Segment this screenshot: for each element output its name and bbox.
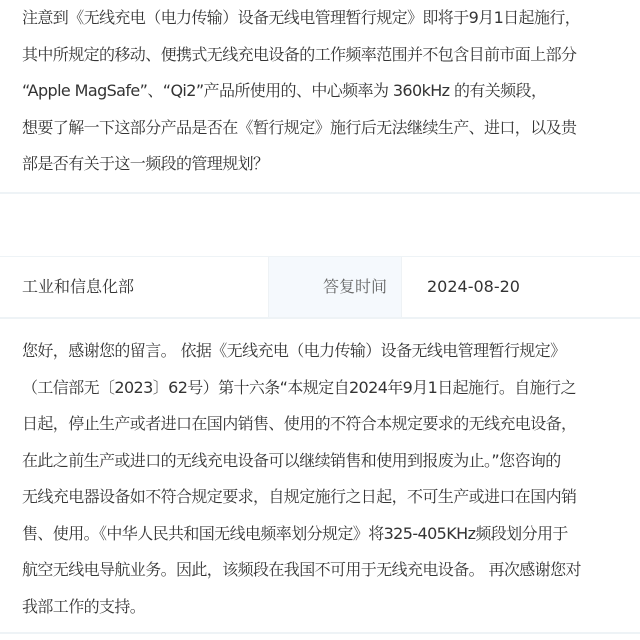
answer-line: 日起，停止生产或者进口在国内销售、使用的不符合本规定要求的无线充电设备， bbox=[22, 406, 632, 443]
divider bbox=[0, 317, 640, 319]
divider bbox=[0, 192, 640, 194]
reply-date-label: 答复时间 bbox=[268, 257, 402, 317]
answer-line: 我部工作的支持。 bbox=[22, 589, 632, 626]
answer-line: 航空无线电导航业务。因此，该频段在我国不可用于无线充电设备。 再次感谢您对 bbox=[22, 552, 632, 589]
answer-line: （工信部无〔2023〕62号）第十六条“本规定自2024年9月1日起施行。自施行… bbox=[22, 370, 632, 407]
answer-line: 在此之前生产或进口的无线充电设备可以继续销售和使用到报废为止。”您咨询的 bbox=[22, 443, 632, 480]
question-line: “Apple MagSafe”、“Qi2”产品所使用的、中心频率为 360kHz… bbox=[22, 73, 632, 110]
question-line: 其中所规定的移动、便携式无线充电设备的工作频率范围并不包含目前市面上部分 bbox=[22, 37, 632, 74]
question-text: 注意到《无线充电（电力传输）设备无线电管理暂行规定》即将于9月1日起施行， 其中… bbox=[22, 0, 632, 183]
reply-date-value: 2024-08-20 bbox=[427, 257, 520, 317]
reply-meta-row: 工业和信息化部 答复时间 2024-08-20 bbox=[0, 257, 640, 317]
question-line: 注意到《无线充电（电力传输）设备无线电管理暂行规定》即将于9月1日起施行， bbox=[22, 0, 632, 37]
answer-line: 售、使用。《中华人民共和国无线电频率划分规定》将325-405KHz频段划分用于 bbox=[22, 516, 632, 553]
divider bbox=[0, 632, 640, 634]
answer-text: 您好，感谢您的留言。 依据《无线充电（电力传输）设备无线电管理暂行规定》 （工信… bbox=[22, 333, 632, 625]
question-line: 想要了解一下这部分产品是否在《暂行规定》施行后无法继续生产、进口，以及贵 bbox=[22, 110, 632, 147]
question-line: 部是否有关于这一频段的管理规划？ bbox=[22, 146, 632, 183]
answer-line: 您好，感谢您的留言。 依据《无线充电（电力传输）设备无线电管理暂行规定》 bbox=[22, 333, 632, 370]
answer-line: 无线充电器设备如不符合规定要求，自规定施行之日起，不可生产或进口在国内销 bbox=[22, 479, 632, 516]
reply-department: 工业和信息化部 bbox=[22, 257, 134, 317]
